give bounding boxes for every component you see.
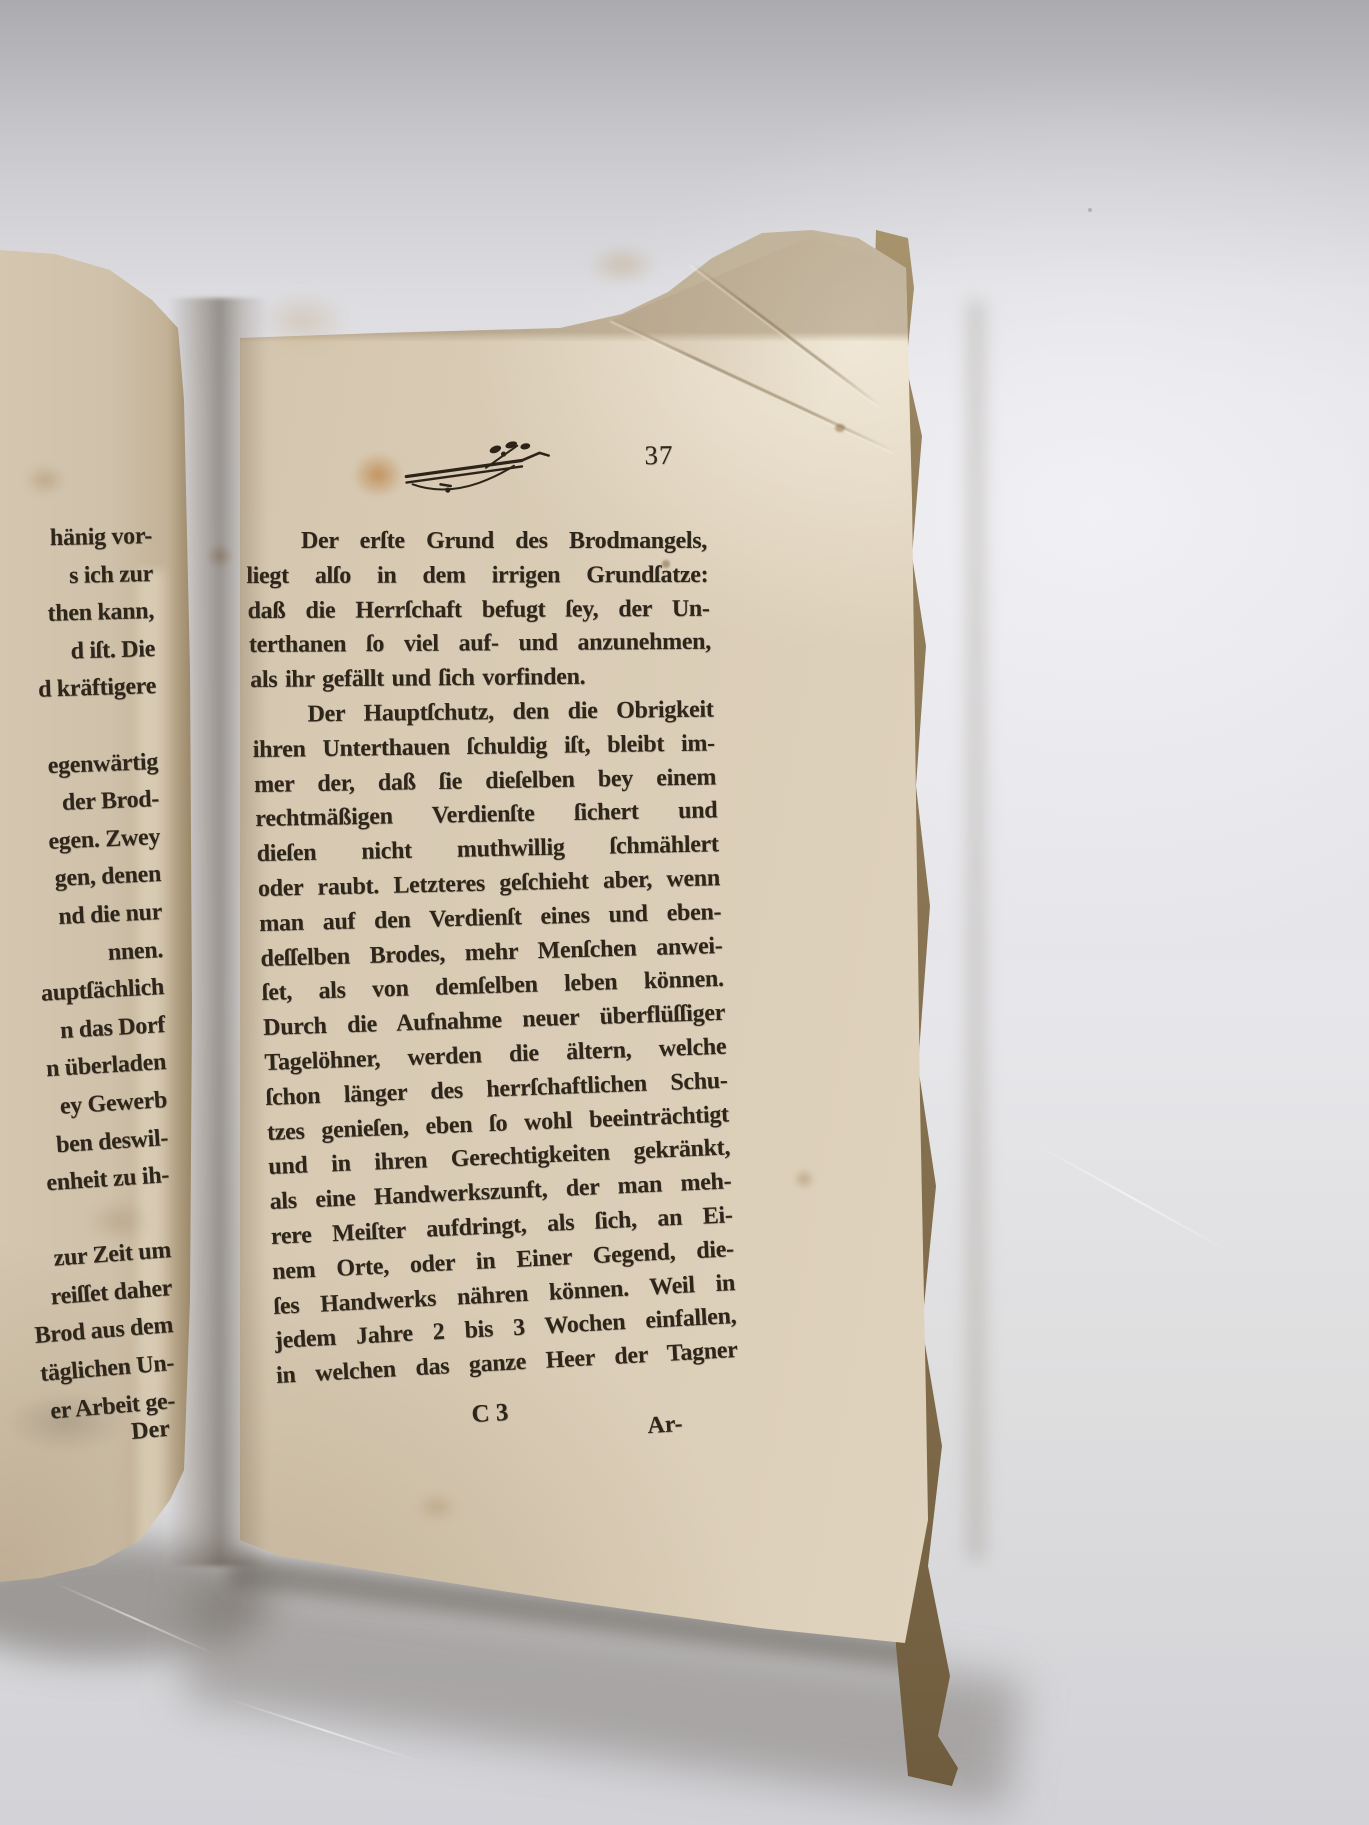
text-line: egenwärtig	[0, 744, 159, 788]
text-line: als ihr gefällt und ſich vorfinden.	[250, 659, 712, 698]
dust-speck	[1088, 208, 1092, 212]
right-text-block: Der erſte Grund des Brodmangels,liegt al…	[245, 524, 707, 1394]
text-line: terthanen ſo viel auf- und anzunehmen,	[249, 625, 711, 663]
page-stain	[415, 1492, 459, 1522]
text-line: liegt alſo in dem irrigen Grundſatze:	[246, 558, 708, 594]
page-stain	[24, 464, 66, 496]
fore-edge-shadow	[968, 300, 984, 1560]
text-line: d kräftigere	[0, 668, 157, 711]
text-line: d iſt. Die	[0, 631, 156, 673]
page-stain	[255, 290, 351, 352]
text-line: daß die Herrſchaft befugt ſey, der Un-	[248, 591, 710, 628]
photo-background: hänig vor-s ich zurthen kann,d iſt. Died…	[0, 0, 1369, 1825]
ink-speck	[835, 424, 845, 432]
text-line: then kann,	[0, 593, 154, 635]
text-line: Der erſte Grund des Brodmangels,	[245, 524, 707, 559]
text-line: der Brod-	[0, 781, 160, 825]
left-text-fragments: hänig vor-s ich zurthen kann,d iſt. Died…	[0, 518, 152, 1420]
catchword-right: Ar-	[629, 1410, 701, 1441]
page-stain	[792, 1168, 816, 1190]
page-stain	[206, 544, 234, 568]
scratch-line	[1029, 1140, 1236, 1256]
text-line	[0, 706, 158, 749]
signature-mark: C 3	[439, 1397, 540, 1431]
page-stain	[585, 244, 659, 286]
ornament-stain	[352, 452, 404, 498]
page-number: 37	[620, 439, 699, 471]
text-line: hänig vor-	[0, 518, 152, 559]
headpiece-ornament-icon	[399, 435, 559, 498]
text-line: s ich zur	[0, 556, 153, 597]
